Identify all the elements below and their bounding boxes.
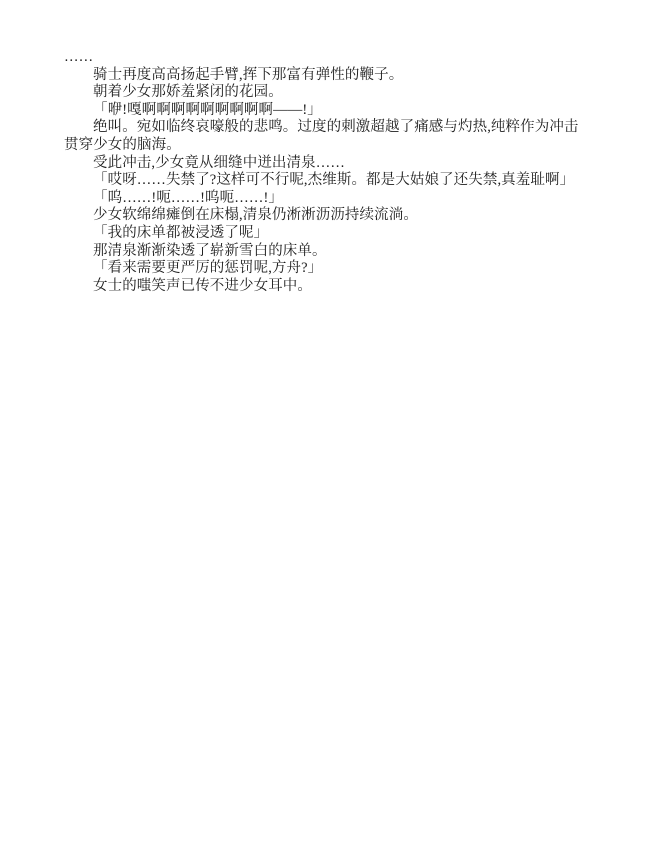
dialogue-line: 「我的床单都被浸透了呢」 — [64, 225, 594, 243]
narration-line: 受此冲击,少女竟从细缝中迸出清泉…… — [64, 155, 594, 173]
narration-line-continuation: 贯穿少女的脑海。 — [64, 137, 594, 155]
dialogue-line: 「哎呀……失禁了?这样可不行呢,杰维斯。都是大姑娘了还失禁,真羞耻啊」 — [64, 172, 594, 190]
text-block: …… 骑士再度高高扬起手臂,挥下那富有弹性的鞭子。 朝着少女那娇羞紧闭的花园。 … — [64, 49, 594, 295]
dialogue-line: 「呜……!呃……!呜呃……!」 — [64, 190, 594, 208]
novel-page: …… 骑士再度高高扬起手臂,挥下那富有弹性的鞭子。 朝着少女那娇羞紧闭的花园。 … — [0, 0, 650, 850]
dialogue-line: 「咿!嘎啊啊啊啊啊啊啊啊啊——!」 — [64, 102, 594, 120]
narration-line: 骑士再度高高扬起手臂,挥下那富有弹性的鞭子。 — [64, 67, 594, 85]
narration-line: 朝着少女那娇羞紧闭的花园。 — [64, 84, 594, 102]
dialogue-line: 「看来需要更严厉的惩罚呢,方舟?」 — [64, 260, 594, 278]
narration-line: 女士的嗤笑声已传不进少女耳中。 — [64, 278, 594, 296]
ellipsis-line: …… — [64, 49, 594, 67]
narration-line: 绝叫。宛如临终哀嚎般的悲鸣。过度的刺激超越了痛感与灼热,纯粹作为冲击 — [64, 119, 594, 137]
narration-line: 那清泉渐渐染透了崭新雪白的床单。 — [64, 243, 594, 261]
narration-line: 少女软绵绵瘫倒在床榻,清泉仍淅淅沥沥持续流淌。 — [64, 207, 594, 225]
